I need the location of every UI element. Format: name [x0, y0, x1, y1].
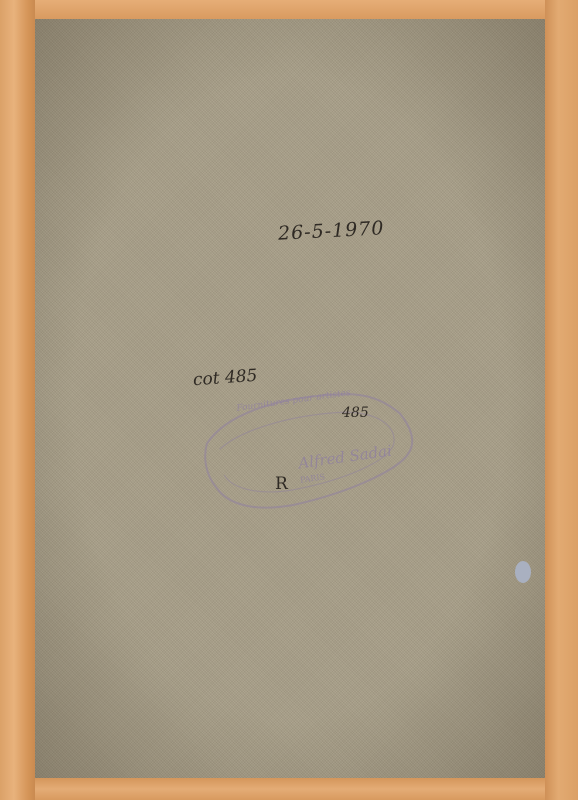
handwritten-letter: R	[275, 474, 288, 494]
blue-paint-dot	[515, 561, 531, 583]
frame-right-bar	[545, 0, 578, 800]
frame-top-bar	[0, 0, 578, 19]
frame-bottom-bar	[0, 778, 578, 800]
frame-left-bar	[0, 0, 35, 800]
handwritten-number: 485	[342, 405, 369, 421]
